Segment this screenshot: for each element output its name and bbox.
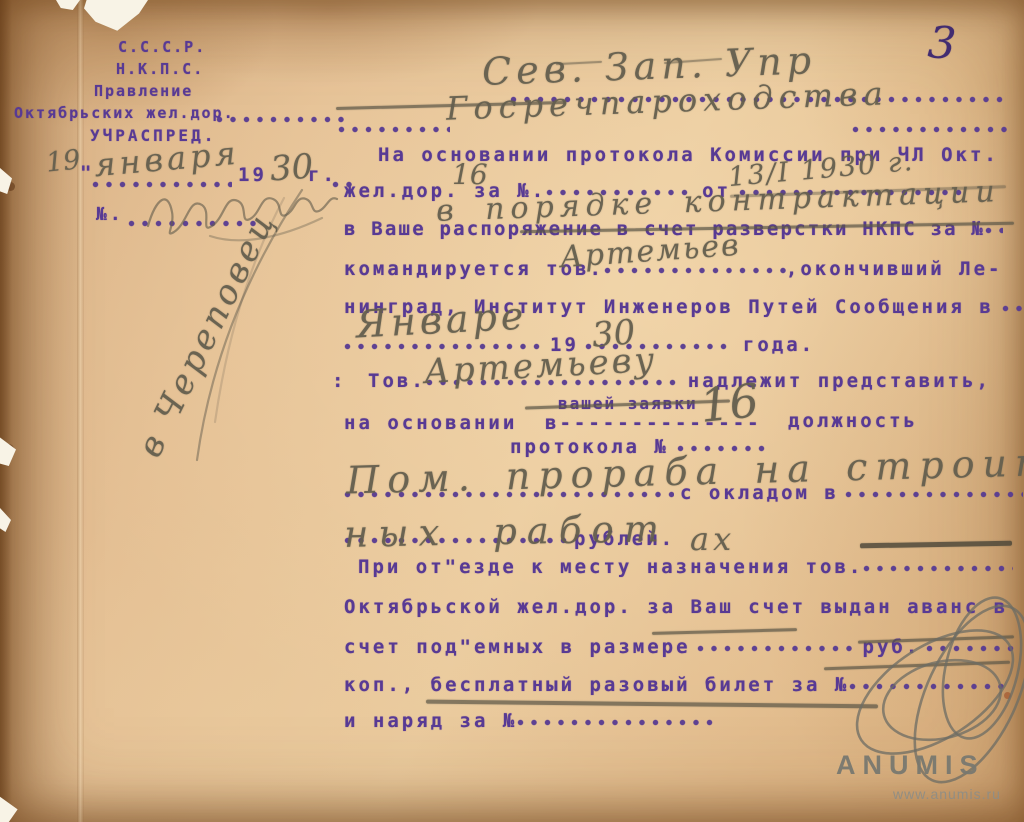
handwritten-position-3: ах bbox=[690, 520, 735, 558]
document-page: С.С.С.Р. Н.К.П.С. Правление Октябрьских … bbox=[0, 0, 1024, 822]
typed-text: года. bbox=[743, 334, 815, 356]
handwritten-big-protocol-no: 16 bbox=[697, 373, 761, 433]
handwritten-date-day: 19 bbox=[44, 144, 81, 178]
letterhead-line-3: Правление bbox=[94, 82, 193, 100]
pencil-strike bbox=[426, 700, 878, 708]
typed-line-12: При от"езде к месту назначения тов. bbox=[358, 556, 1013, 578]
handwritten-protocol-no: 16 bbox=[452, 158, 488, 191]
typed-line-13: Октябрьской жел.дор. за Ваш счет выдан а… bbox=[344, 596, 1008, 618]
dotted-leader bbox=[216, 116, 344, 123]
dotted-leader bbox=[863, 565, 1013, 572]
typed-line-8a: на основании bbox=[344, 412, 517, 434]
pencil-bar bbox=[860, 541, 1012, 549]
dotted-leader bbox=[1002, 305, 1024, 312]
handwritten-date-year: 30 bbox=[269, 147, 315, 190]
dotted-leader bbox=[849, 683, 1009, 690]
typed-year-prefix: 19 bbox=[238, 164, 267, 186]
typed-no-label: №. bbox=[96, 204, 124, 225]
torn-left-strip bbox=[0, 0, 80, 822]
handwritten-month: Январе bbox=[355, 294, 528, 347]
typed-colon-mark: : bbox=[332, 370, 346, 392]
typed-text: за № bbox=[930, 218, 985, 240]
dotted-leader bbox=[517, 719, 713, 726]
dotted-leader bbox=[926, 645, 1018, 652]
pencil-strike bbox=[824, 661, 1010, 670]
fold-crease bbox=[77, 0, 84, 822]
typed-text: и наряд за № bbox=[344, 710, 517, 732]
typed-text: коп., бесплатный разовый билет за № bbox=[344, 674, 849, 696]
handwritten-margin-note: в Череповец bbox=[130, 204, 284, 463]
letterhead-line-1: С.С.С.Р. bbox=[118, 38, 206, 56]
dotted-leader bbox=[697, 645, 857, 652]
page-number-handwritten: 3 bbox=[926, 17, 957, 70]
typed-text: Тов. bbox=[368, 370, 426, 392]
letterhead-line-4: Октябрьских жел.дор. bbox=[14, 104, 235, 122]
typed-text: счет под"емных в размере bbox=[344, 636, 691, 658]
dotted-leader bbox=[845, 491, 1023, 498]
pencil-strike bbox=[652, 628, 797, 635]
paper-tear-top-left bbox=[84, 0, 148, 32]
handwritten-position-2: ных работ bbox=[344, 507, 670, 556]
typed-text: ,окончивший Ле- bbox=[786, 258, 1003, 280]
typed-line-15: коп., бесплатный разовый билет за № bbox=[344, 674, 1009, 696]
dotted-leader bbox=[338, 126, 450, 133]
corner-crease-top-right bbox=[993, 0, 1024, 21]
dotted-leader bbox=[852, 126, 1008, 133]
dotted-leader bbox=[985, 227, 1003, 234]
letterhead-line-2: Н.К.П.С. bbox=[116, 60, 204, 78]
typed-text: При от"езде к месту назначения тов. bbox=[358, 556, 863, 578]
left-edge-shadow bbox=[0, 0, 12, 822]
watermark-url: www.anumis.ru bbox=[893, 786, 1001, 802]
typed-line-16: и наряд за № bbox=[344, 710, 713, 732]
watermark-brand: ANUMIS bbox=[836, 750, 985, 781]
typed-line-8c: должность bbox=[788, 410, 918, 432]
